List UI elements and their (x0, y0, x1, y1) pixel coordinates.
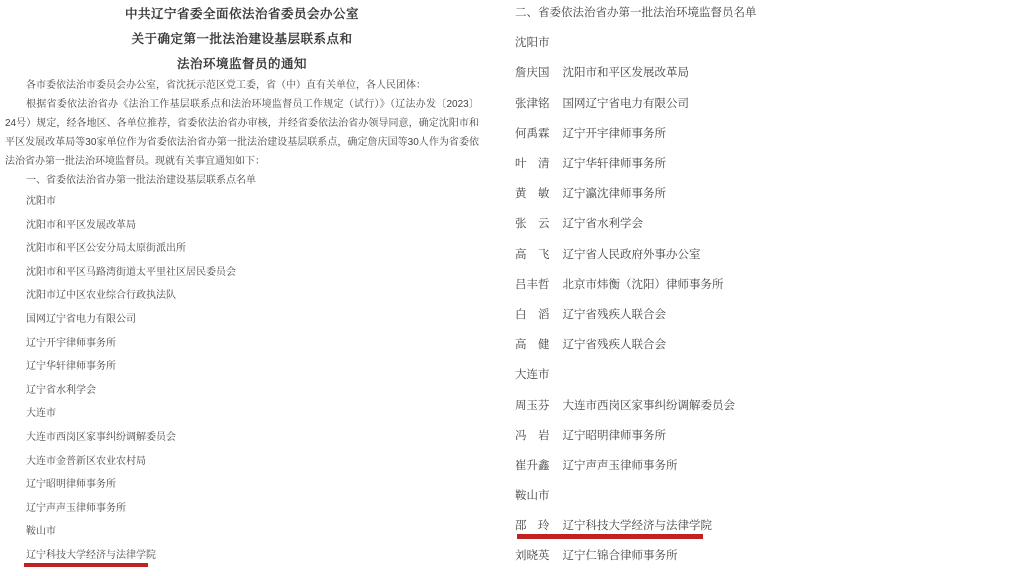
supervisor-org: 辽宁省人民政府外事办公室 (563, 246, 701, 262)
notice-page-left: 中共辽宁省委全面依法治省委员会办公室 关于确定第一批法治建设基层联系点和 法治环… (5, 2, 479, 568)
supervisor-org: 辽宁仁锦合律师事务所 (563, 547, 678, 563)
supervisor-name: 崔升鑫 (515, 457, 550, 473)
contact-point-item: 沈阳市辽中区农业综合行政执法队 (5, 284, 479, 308)
contact-point-item-highlighted: 辽宁科技大学经济与法律学院 (5, 544, 479, 568)
supervisor-name: 吕丰哲 (515, 276, 550, 292)
supervisor-name: 高 健 (515, 336, 550, 352)
supervisor-row: 周玉芬大连市西岗区家事纠纷调解委员会 (515, 389, 1024, 419)
supervisor-name: 周玉芬 (515, 397, 550, 413)
supervisor-row: 叶 清辽宁华轩律师事务所 (515, 148, 1024, 178)
contact-point-item: 大连市 (5, 402, 479, 426)
supervisor-row: 刘晓英辽宁仁锦合律师事务所 (515, 540, 1024, 570)
supervisor-row: 高 健辽宁省残疾人联合会 (515, 329, 1024, 359)
supervisor-name: 刘晓英 (515, 547, 550, 563)
supervisor-row: 白 滔辽宁省残疾人联合会 (515, 299, 1024, 329)
notice-document: 中共辽宁省委全面依法治省委员会办公室 关于确定第一批法治建设基层联系点和 法治环… (0, 0, 1024, 576)
contact-point-item: 辽宁昭明律师事务所 (5, 473, 479, 497)
supervisor-name: 白 滔 (515, 306, 550, 322)
salutation-line: 各市委依法治市委员会办公室，省沈抚示范区党工委，省（中）直有关单位，各人民团体： (5, 77, 479, 95)
title-line-3: 法治环境监督员的通知 (5, 52, 479, 77)
supervisor-org: 北京市炜衡（沈阳）律师事务所 (563, 276, 724, 292)
supervisor-row: 吕丰哲北京市炜衡（沈阳）律师事务所 (515, 269, 1024, 299)
supervisor-org: 沈阳市和平区发展改革局 (563, 64, 690, 80)
supervisor-row: 张 云辽宁省水利学会 (515, 208, 1024, 238)
supervisor-name: 叶 清 (515, 155, 550, 171)
supervisor-name: 冯 岩 (515, 427, 550, 443)
title-line-2: 关于确定第一批法治建设基层联系点和 (5, 27, 479, 52)
notice-page-right: 二、省委依法治省办第一批法治环境监督员名单 沈阳市 詹庆国沈阳市和平区发展改革局… (515, 0, 1024, 571)
supervisor-row-highlighted: 邵 玲辽宁科技大学经济与法律学院 (515, 510, 1024, 540)
contact-point-item: 辽宁省水利学会 (5, 379, 479, 403)
supervisor-row: 大连市 (515, 359, 1024, 389)
supervisor-name: 詹庆国 (515, 64, 550, 80)
supervisor-name: 鞍山市 (515, 487, 550, 503)
supervisor-row: 鞍山市 (515, 480, 1024, 510)
supervisor-org: 辽宁开宇律师事务所 (563, 125, 667, 141)
body-paragraph: 根据省委依法治省办《法治工作基层联系点和法治环境监督员工作规定（试行）》（辽法办… (5, 95, 479, 171)
supervisor-row: 沈阳市 (515, 27, 1024, 57)
supervisor-org: 辽宁声声玉律师事务所 (563, 457, 678, 473)
contact-point-item: 大连市金普新区农业农村局 (5, 450, 479, 474)
supervisor-name: 邵 玲 (515, 517, 550, 533)
supervisor-name: 沈阳市 (515, 34, 550, 50)
contact-point-item: 沈阳市 (5, 190, 479, 214)
contact-point-item: 国网辽宁省电力有限公司 (5, 308, 479, 332)
supervisor-org: 辽宁省残疾人联合会 (563, 336, 667, 352)
supervisor-name: 黄 敏 (515, 185, 550, 201)
contact-point-item: 沈阳市和平区发展改革局 (5, 214, 479, 238)
supervisor-name: 高 飞 (515, 246, 550, 262)
supervisor-org: 国网辽宁省电力有限公司 (563, 95, 690, 111)
supervisor-row: 冯 岩辽宁昭明律师事务所 (515, 420, 1024, 450)
contact-point-item: 沈阳市和平区公安分局太原街派出所 (5, 237, 479, 261)
supervisor-org: 辽宁科技大学经济与法律学院 (563, 517, 713, 533)
contact-point-item: 辽宁开宇律师事务所 (5, 332, 479, 356)
contact-point-item: 辽宁华轩律师事务所 (5, 355, 479, 379)
contact-point-item: 鞍山市 (5, 520, 479, 544)
supervisor-row: 詹庆国沈阳市和平区发展改革局 (515, 57, 1024, 87)
supervisor-org: 辽宁瀛沈律师事务所 (563, 185, 667, 201)
supervisor-org: 辽宁省水利学会 (563, 215, 644, 231)
supervisor-row: 黄 敏辽宁瀛沈律师事务所 (515, 178, 1024, 208)
supervisor-org: 辽宁省残疾人联合会 (563, 306, 667, 322)
supervisor-row: 何禹霖辽宁开宇律师事务所 (515, 118, 1024, 148)
supervisor-row: 张津铭国网辽宁省电力有限公司 (515, 88, 1024, 118)
section2-heading: 二、省委依法治省办第一批法治环境监督员名单 (515, 4, 757, 20)
supervisor-name: 张 云 (515, 215, 550, 231)
contact-point-item: 沈阳市和平区马路湾街道太平里社区居民委员会 (5, 261, 479, 285)
section1-heading: 一、省委依法治省办第一批法治建设基层联系点名单 (5, 171, 479, 190)
supervisor-name: 何禹霖 (515, 125, 550, 141)
supervisor-row: 高 飞辽宁省人民政府外事办公室 (515, 239, 1024, 269)
contact-point-item: 辽宁声声玉律师事务所 (5, 497, 479, 521)
document-title: 中共辽宁省委全面依法治省委员会办公室 关于确定第一批法治建设基层联系点和 法治环… (5, 2, 479, 77)
supervisor-name: 大连市 (515, 366, 550, 382)
contact-point-item: 大连市西岗区家事纠纷调解委员会 (5, 426, 479, 450)
supervisor-row: 崔升鑫辽宁声声玉律师事务所 (515, 450, 1024, 480)
supervisor-org: 大连市西岗区家事纠纷调解委员会 (563, 397, 736, 413)
title-line-1: 中共辽宁省委全面依法治省委员会办公室 (5, 2, 479, 27)
section2-heading-row: 二、省委依法治省办第一批法治环境监督员名单 (515, 0, 1024, 27)
supervisor-name: 张津铭 (515, 95, 550, 111)
supervisor-org: 辽宁华轩律师事务所 (563, 155, 667, 171)
supervisor-org: 辽宁昭明律师事务所 (563, 427, 667, 443)
